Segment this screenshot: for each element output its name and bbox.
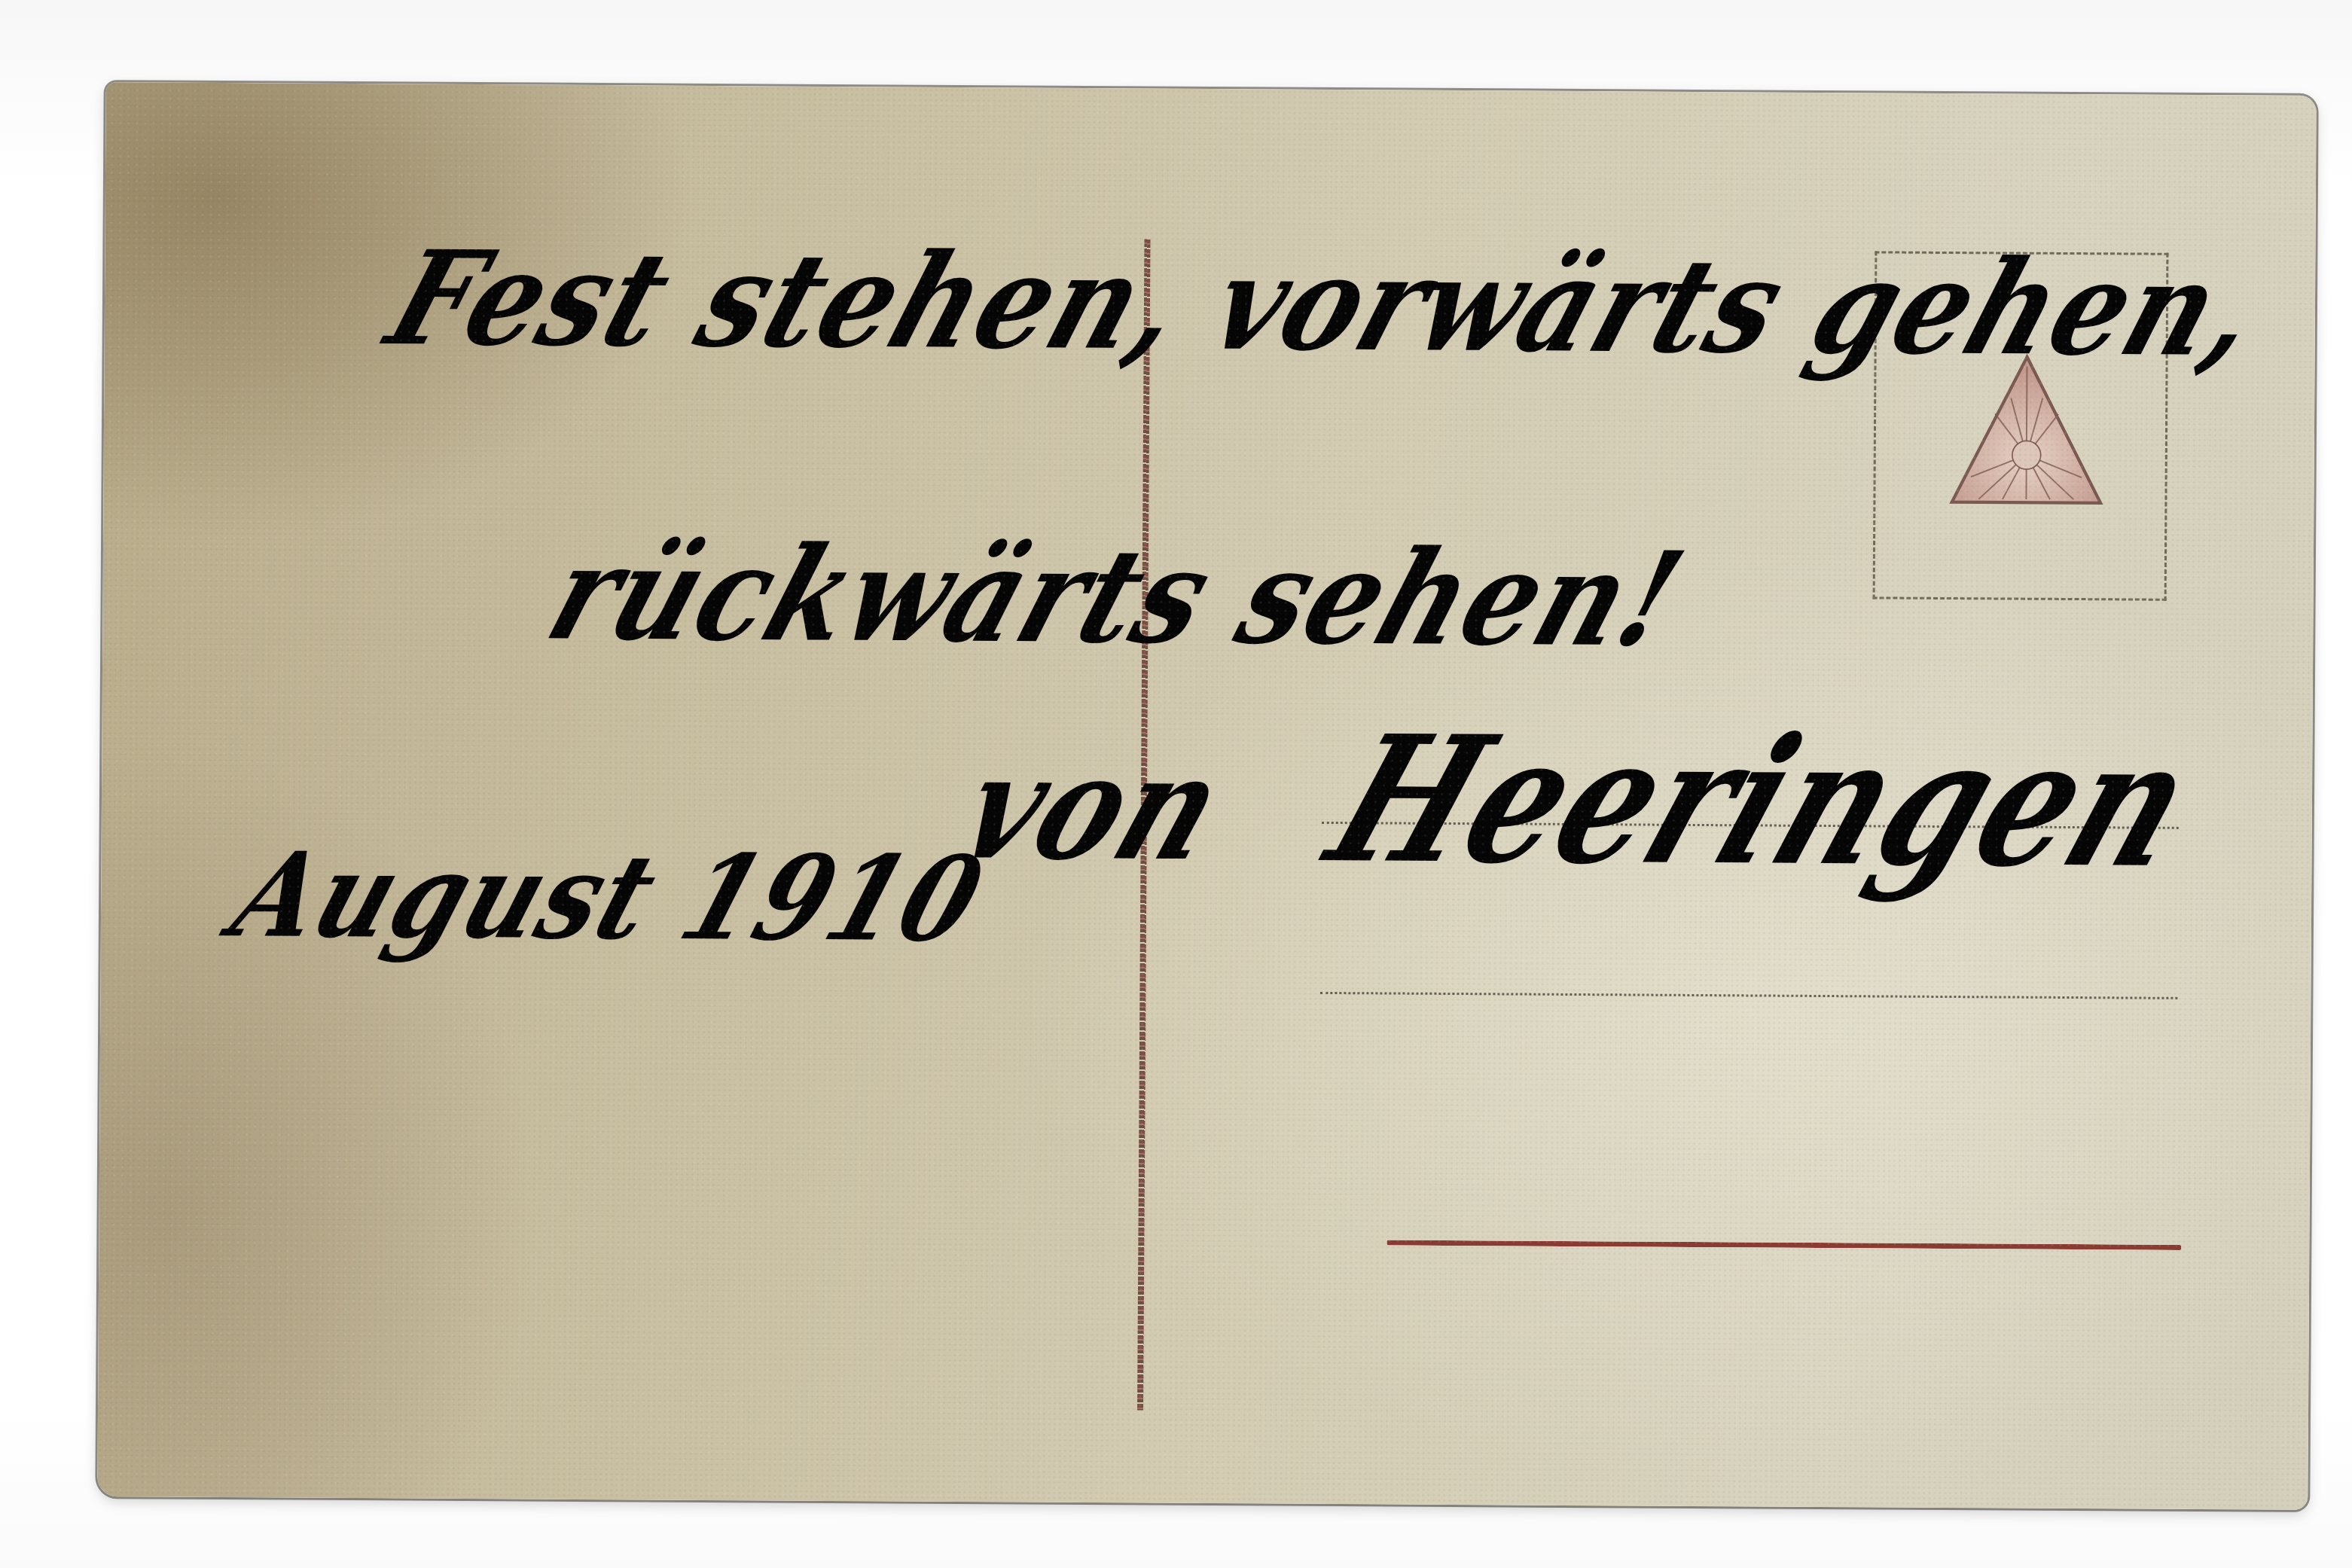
address-line-2 <box>1320 992 2177 999</box>
signature-name: Heeringen <box>1306 697 2219 907</box>
message-line-2: rückwärts sehen! <box>532 517 1701 676</box>
message-line-1: Fest stehen, vorwärts gehen, <box>371 222 2279 386</box>
date-text: August 1910 <box>218 825 1000 967</box>
address-line-3 <box>1386 1240 2181 1249</box>
postcard: Fest stehen, vorwärts gehen, rückwärts s… <box>97 82 2316 1510</box>
